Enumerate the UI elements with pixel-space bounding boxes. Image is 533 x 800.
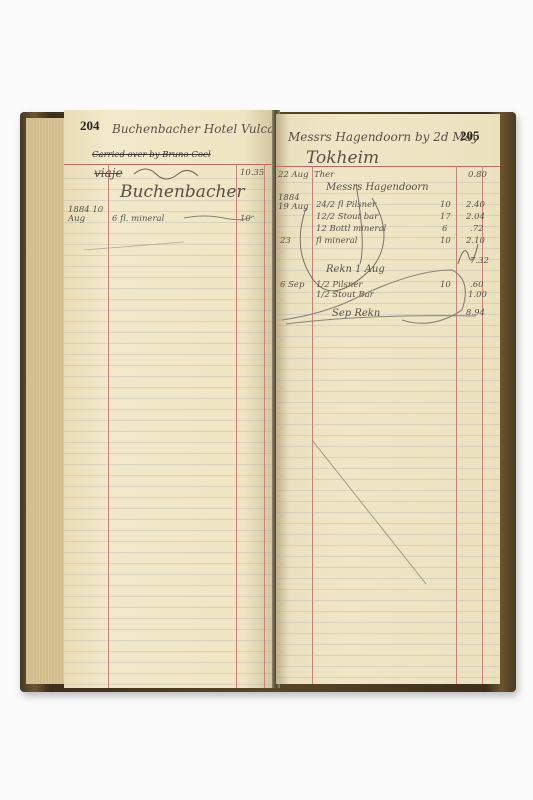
right-page: 205 Messrs Hagendoorn by 2d May Tokheim …	[276, 114, 500, 684]
page-edges	[26, 118, 66, 684]
cancel-scribble	[276, 114, 500, 684]
ledger-book: 204 Buchenbacher Hotel Vulcan Carried ov…	[20, 108, 516, 692]
left-page: 204 Buchenbacher Hotel Vulcan Carried ov…	[64, 110, 276, 688]
cancel-scribble	[64, 110, 276, 250]
